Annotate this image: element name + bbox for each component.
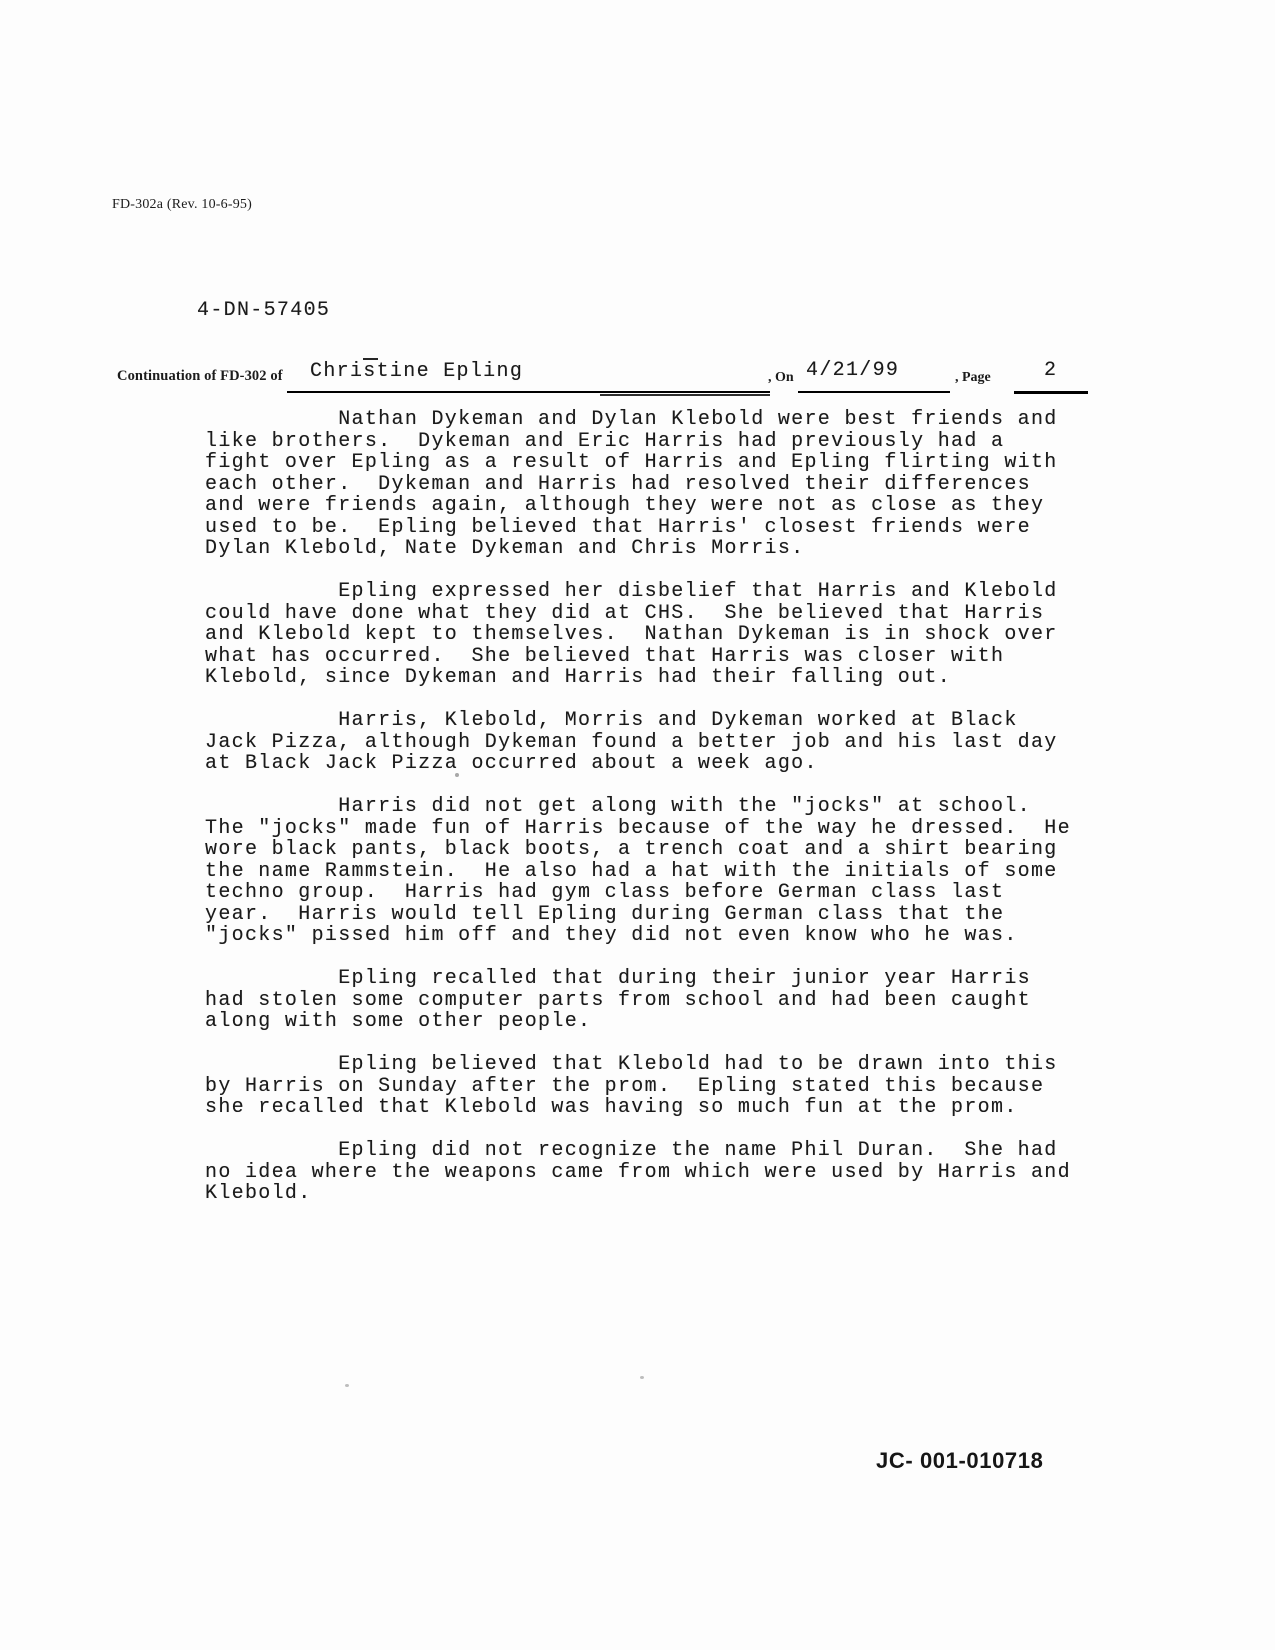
scan-speck [640, 1376, 644, 1379]
scan-speck [455, 773, 459, 777]
document-page: FD-302a (Rev. 10-6-95) 4-DN-57405 Contin… [0, 0, 1275, 1650]
scan-artifact-dash [363, 358, 378, 360]
body-paragraph: Epling expressed her disbelief that Harr… [205, 581, 1085, 689]
scan-speck [345, 1384, 349, 1387]
page-number-underline [1014, 391, 1088, 394]
on-label: , On [768, 370, 794, 386]
date-underline [798, 391, 950, 393]
subject-name-field: Christine Epling [310, 361, 523, 383]
body-paragraph: Epling believed that Klebold had to be d… [205, 1054, 1085, 1119]
body-paragraph: Harris did not get along with the "jocks… [205, 796, 1085, 947]
subject-name-underline-smudge [600, 394, 770, 396]
page-number-field: 2 [1044, 360, 1057, 382]
body-paragraph: Nathan Dykeman and Dylan Klebold were be… [205, 409, 1085, 560]
page-label: , Page [955, 370, 991, 386]
date-field: 4/21/99 [806, 360, 899, 382]
case-number: 4-DN-57405 [197, 300, 330, 322]
body-paragraph: Harris, Klebold, Morris and Dykeman work… [205, 710, 1085, 775]
form-revision-label: FD-302a (Rev. 10-6-95) [112, 197, 252, 213]
body-paragraph: Epling recalled that during their junior… [205, 968, 1085, 1033]
bates-number-stamp: JC- 001-010718 [876, 1448, 1043, 1474]
subject-name-underline [287, 391, 770, 393]
body-paragraph: Epling did not recognize the name Phil D… [205, 1140, 1085, 1205]
report-body: Nathan Dykeman and Dylan Klebold were be… [205, 409, 1085, 1226]
continuation-of-label: Continuation of FD-302 of [117, 368, 283, 385]
